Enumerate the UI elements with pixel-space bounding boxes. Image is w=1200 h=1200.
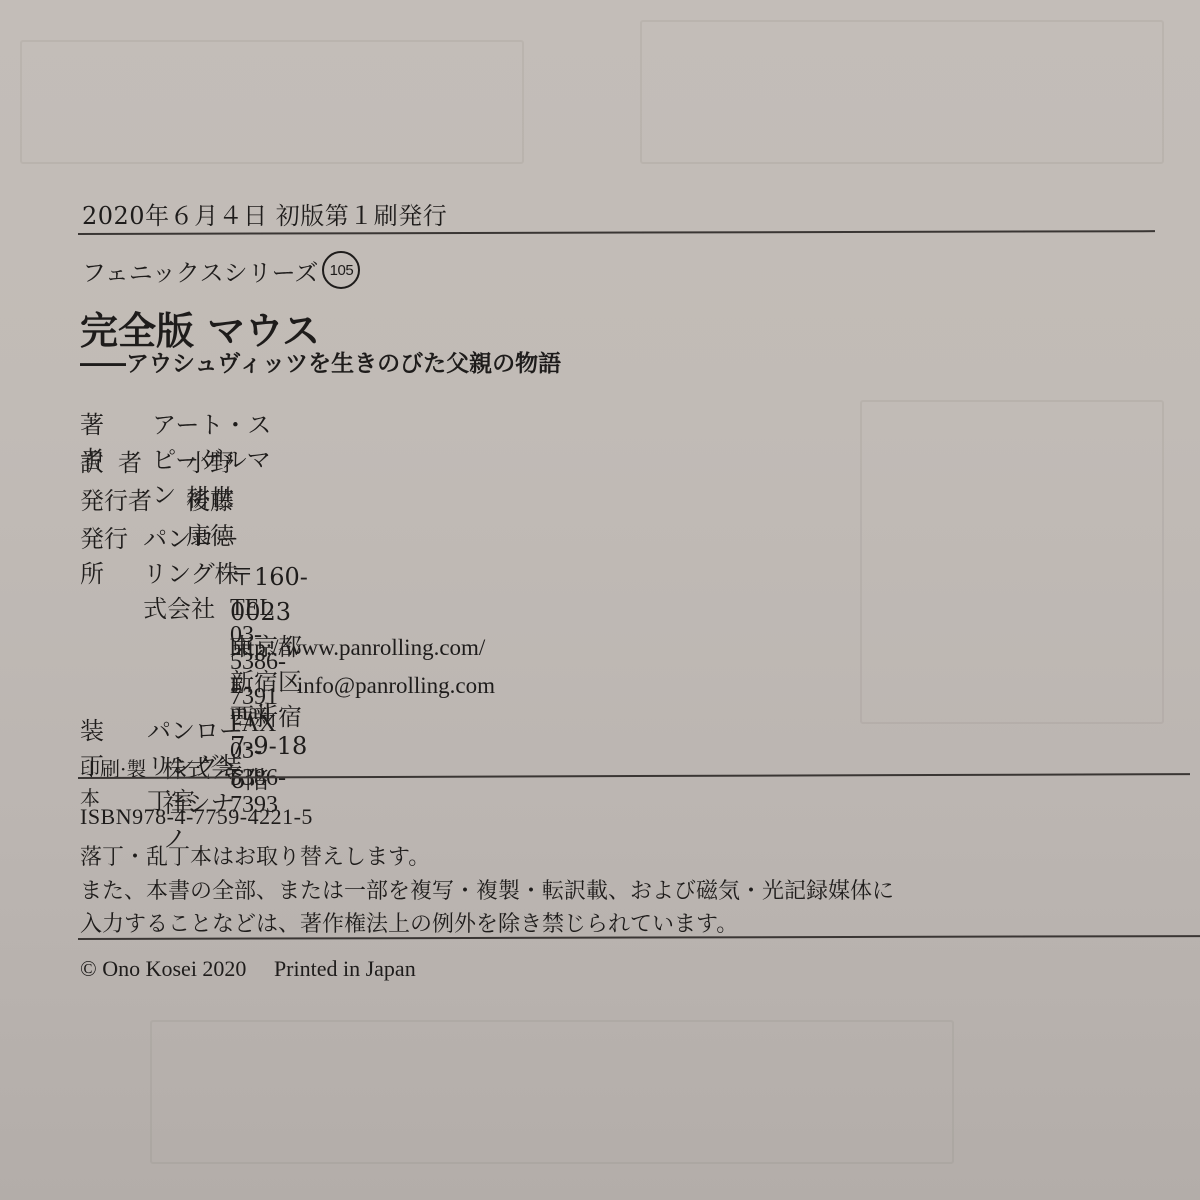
credit-value: 株式会社シナノ (163, 749, 254, 854)
series-name: フェニックスシリーズ (82, 253, 318, 288)
credit-label: 発行所 (80, 519, 143, 624)
copyright-line: © Ono Kosei 2020 Printed in Japan (80, 956, 416, 982)
colophon-page: 2020年６月４日 初版第１刷発行 フェニックスシリーズ 105 完全版 マウス… (0, 0, 1200, 1200)
isbn: ISBN978-4-7759-4221-5 (80, 804, 313, 830)
series-number-badge: 105 (322, 251, 360, 289)
credit-label: 印刷·製本 (80, 749, 163, 854)
publication-date: 2020年６月４日 初版第１刷発行 (82, 196, 447, 231)
show-through-panel (20, 40, 524, 164)
email-link[interactable]: info@panrolling.com (297, 673, 495, 725)
notice-copyright-1: また、本書の全部、または一部を複写・複製・転訳載、および磁気・光記録媒体に (80, 874, 894, 905)
show-through-panel (860, 400, 1164, 724)
show-through-panel (640, 20, 1164, 164)
website-link[interactable]: http://www.panrolling.com/ (230, 635, 485, 661)
credit-row-publishing-house: 発行所 パンローリング株式会社 (80, 519, 254, 624)
series-line: フェニックスシリーズ 105 (82, 251, 360, 289)
credit-row-printing: 印刷·製本 株式会社シナノ (80, 749, 254, 854)
show-through-panel (150, 1020, 954, 1164)
notice-replacement: 落丁・乱丁本はお取り替えします。 (80, 840, 430, 871)
notice-copyright-2: 入力することなどは、著作権法上の例外を除き禁じられています。 (80, 907, 738, 938)
printed-in: Printed in Japan (274, 956, 416, 981)
book-subtitle: ――アウシュヴィッツを生きのびた父親の物語 (80, 345, 561, 378)
publisher-email: E-mail info@panrolling.com (230, 673, 495, 725)
copyright-holder: © Ono Kosei 2020 (80, 956, 246, 981)
publisher-website[interactable]: http://www.panrolling.com/ (230, 635, 485, 661)
